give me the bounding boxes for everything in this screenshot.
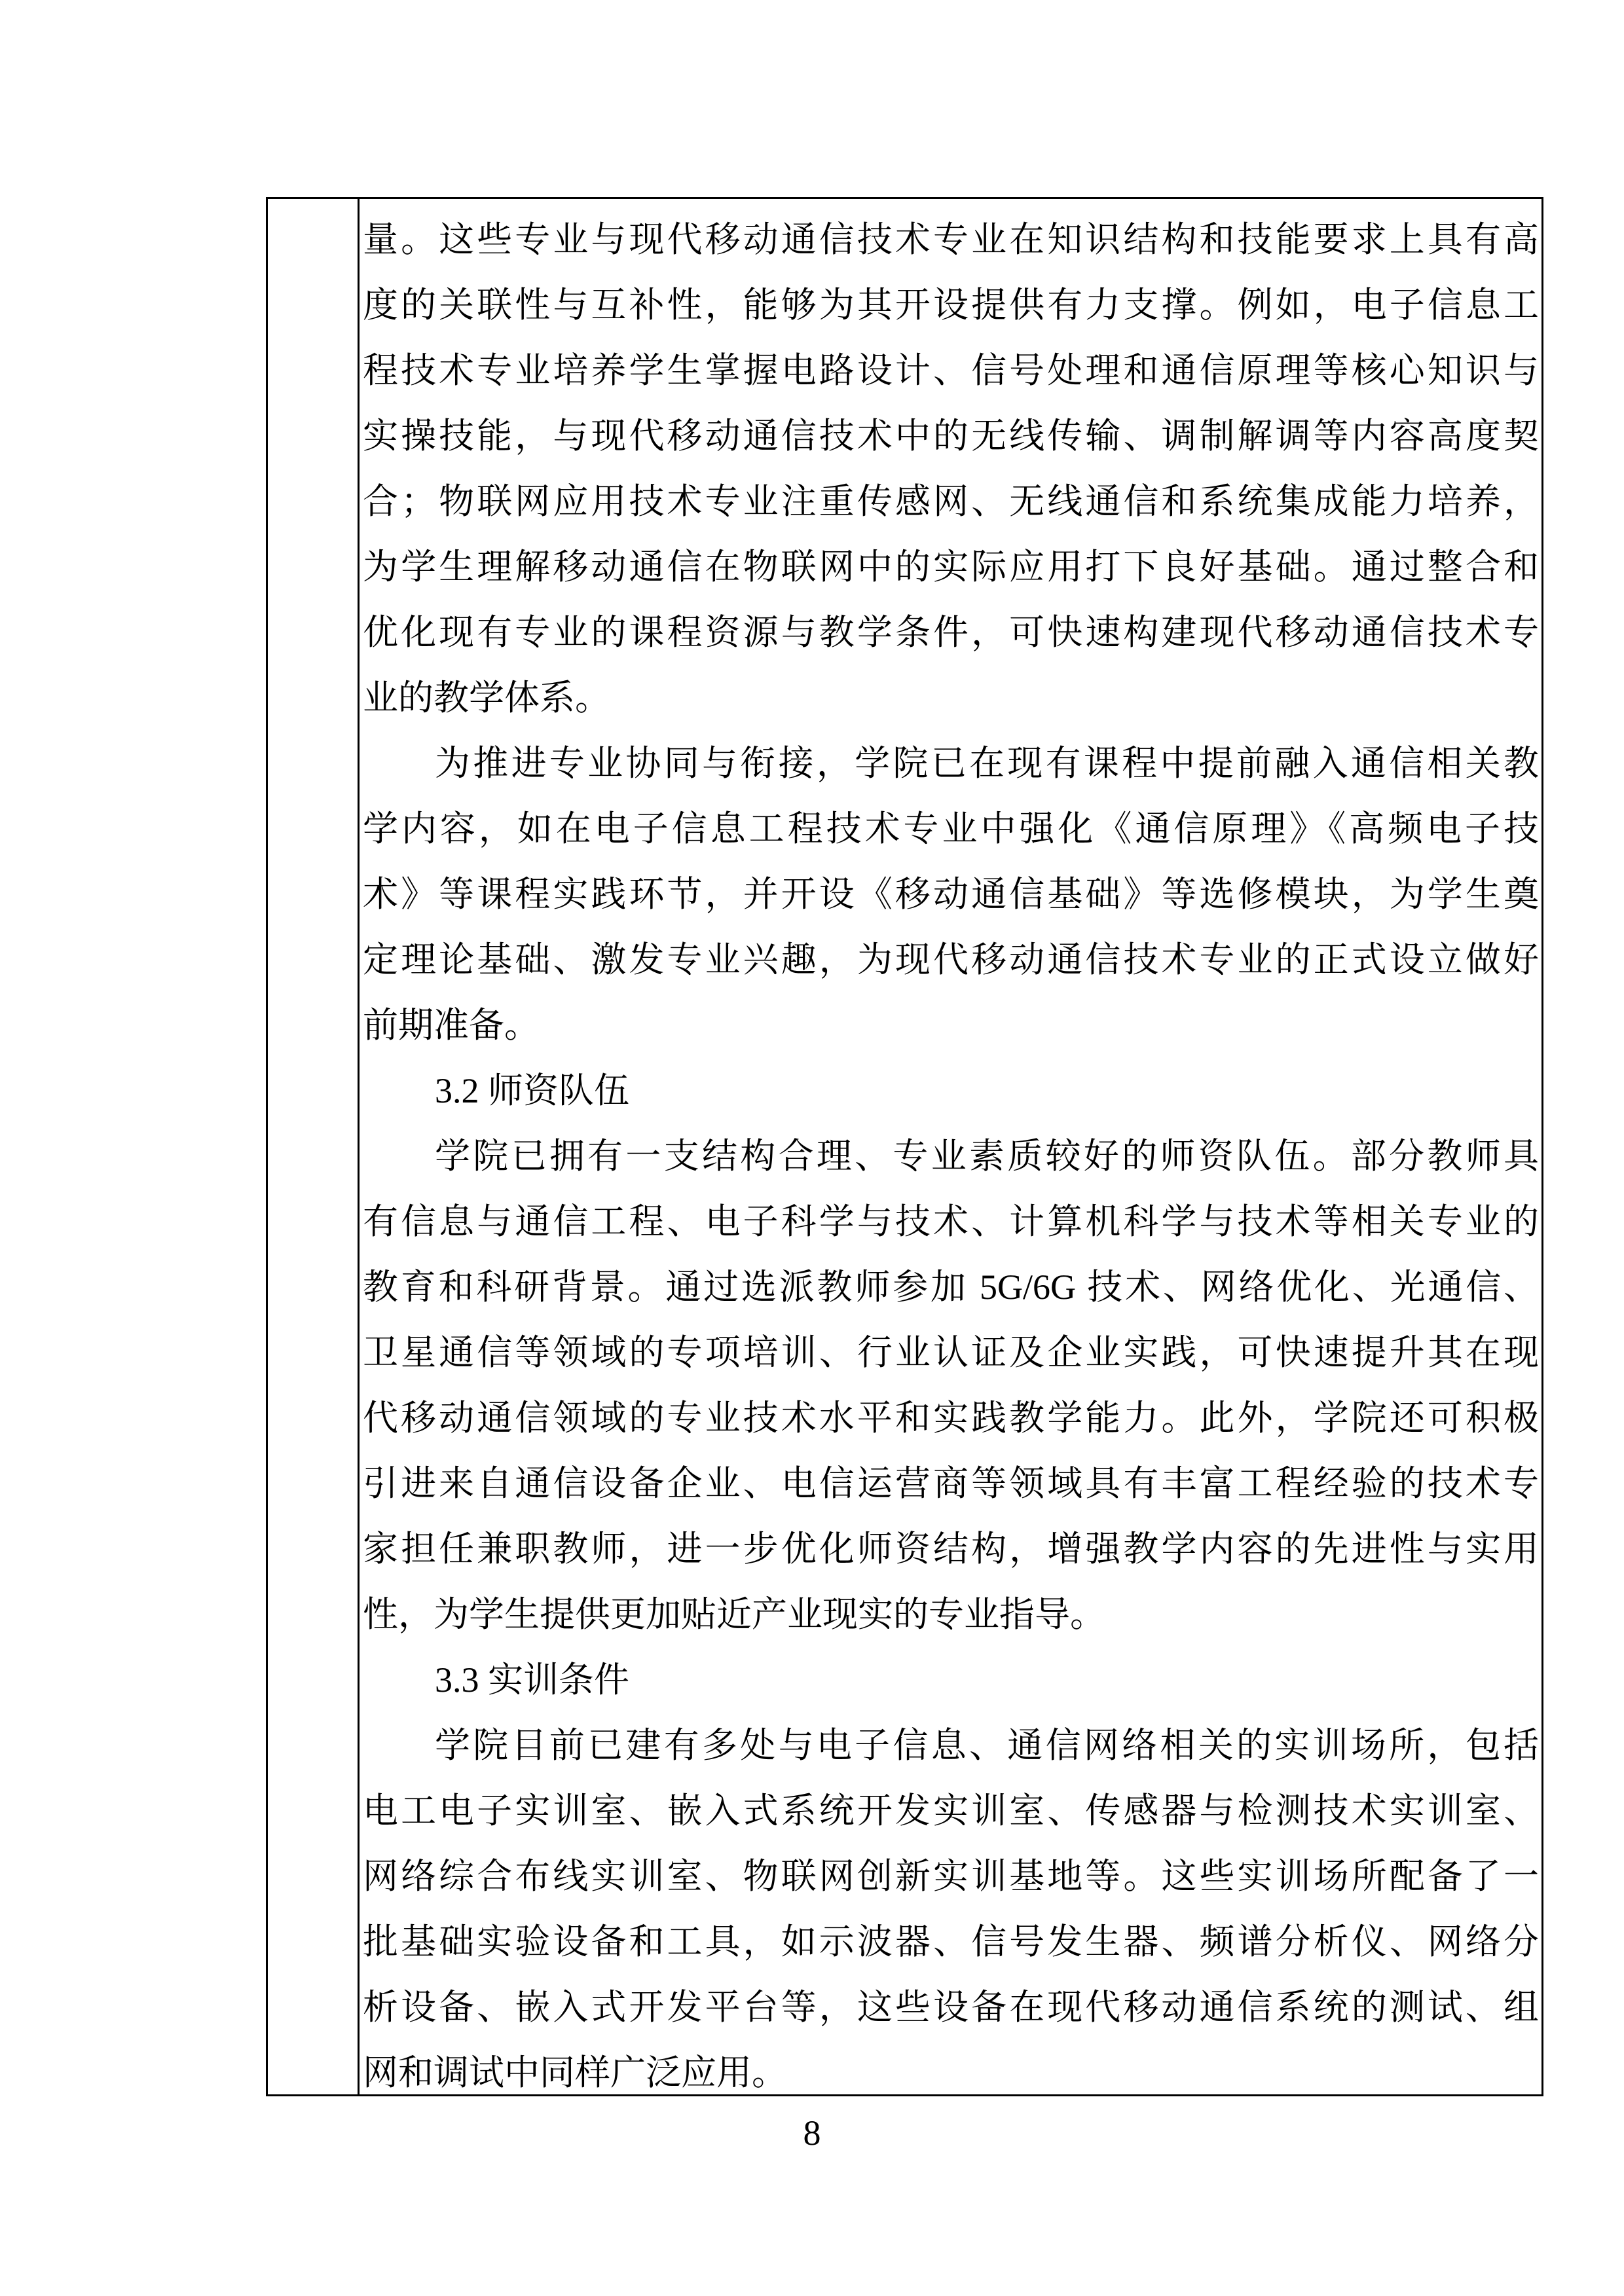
text-line: 网和调试中同样广泛应用。 <box>363 2040 1539 2094</box>
text-line: 家担任兼职教师，进一步优化师资结构，增强教学内容的先进性与实用 <box>363 1516 1539 1582</box>
text-line: 为推进专业协同与衔接，学院已在现有课程中提前融入通信相关教 <box>363 731 1539 796</box>
text-line: 程技术专业培养学生掌握电路设计、信号处理和通信原理等核心知识与 <box>363 338 1539 403</box>
text-line: 优化现有专业的课程资源与教学条件，可快速构建现代移动通信技术专 <box>363 600 1539 665</box>
text-line: 批基础实验设备和工具，如示波器、信号发生器、频谱分析仪、网络分 <box>363 1909 1539 1975</box>
text-line: 网络综合布线实训室、物联网创新实训基地等。这些实训场所配备了一 <box>363 1844 1539 1909</box>
text-line: 3.2 师资队伍 <box>363 1058 1539 1123</box>
text-line: 实操技能，与现代移动通信技术中的无线传输、调制解调等内容高度契 <box>363 403 1539 469</box>
text-line: 有信息与通信工程、电子科学与技术、计算机科学与技术等相关专业的 <box>363 1189 1539 1254</box>
text-line: 量。这些专业与现代移动通信技术专业在知识结构和技能要求上具有高 <box>363 207 1539 272</box>
text-line: 术》等课程实践环节，并开设《移动通信基础》等选修模块，为学生奠 <box>363 862 1539 927</box>
text-line: 3.3 实训条件 <box>363 1647 1539 1713</box>
text-line: 前期准备。 <box>363 993 1539 1058</box>
text-line: 电工电子实训室、嵌入式系统开发实训室、传感器与检测技术实训室、 <box>363 1778 1539 1844</box>
text-line: 引进来自通信设备企业、电信运营商等领域具有丰富工程经验的技术专 <box>363 1451 1539 1516</box>
text-line: 代移动通信领域的专业技术水平和实践教学能力。此外，学院还可积极 <box>363 1385 1539 1451</box>
text-line: 定理论基础、激发专业兴趣，为现代移动通信技术专业的正式设立做好 <box>363 927 1539 993</box>
row-label-cell <box>268 199 360 2094</box>
text-line: 业的教学体系。 <box>363 665 1539 731</box>
content-cell: 量。这些专业与现代移动通信技术专业在知识结构和技能要求上具有高度的关联性与互补性… <box>360 199 1541 2094</box>
text-line: 卫星通信等领域的专项培训、行业认证及企业实践，可快速提升其在现 <box>363 1320 1539 1385</box>
text-line: 性，为学生提供更加贴近产业现实的专业指导。 <box>363 1582 1539 1647</box>
text-line: 学院目前已建有多处与电子信息、通信网络相关的实训场所，包括 <box>363 1713 1539 1778</box>
document-table: 量。这些专业与现代移动通信技术专业在知识结构和技能要求上具有高度的关联性与互补性… <box>266 197 1543 2096</box>
text-line: 度的关联性与互补性，能够为其开设提供有力支撑。例如，电子信息工 <box>363 272 1539 338</box>
text-line: 合；物联网应用技术专业注重传感网、无线通信和系统集成能力培养， <box>363 469 1539 534</box>
text-line: 学院已拥有一支结构合理、专业素质较好的师资队伍。部分教师具 <box>363 1123 1539 1189</box>
text-line: 析设备、嵌入式开发平台等，这些设备在现代移动通信系统的测试、组 <box>363 1975 1539 2040</box>
page-number: 8 <box>0 2113 1624 2153</box>
text-line: 为学生理解移动通信在物联网中的实际应用打下良好基础。通过整合和 <box>363 534 1539 600</box>
text-line: 教育和科研背景。通过选派教师参加 5G/6G 技术、网络优化、光通信、 <box>363 1254 1539 1320</box>
text-line: 学内容，如在电子信息工程技术专业中强化《通信原理》《高频电子技 <box>363 796 1539 862</box>
document-page: 量。这些专业与现代移动通信技术专业在知识结构和技能要求上具有高度的关联性与互补性… <box>0 0 1624 2296</box>
